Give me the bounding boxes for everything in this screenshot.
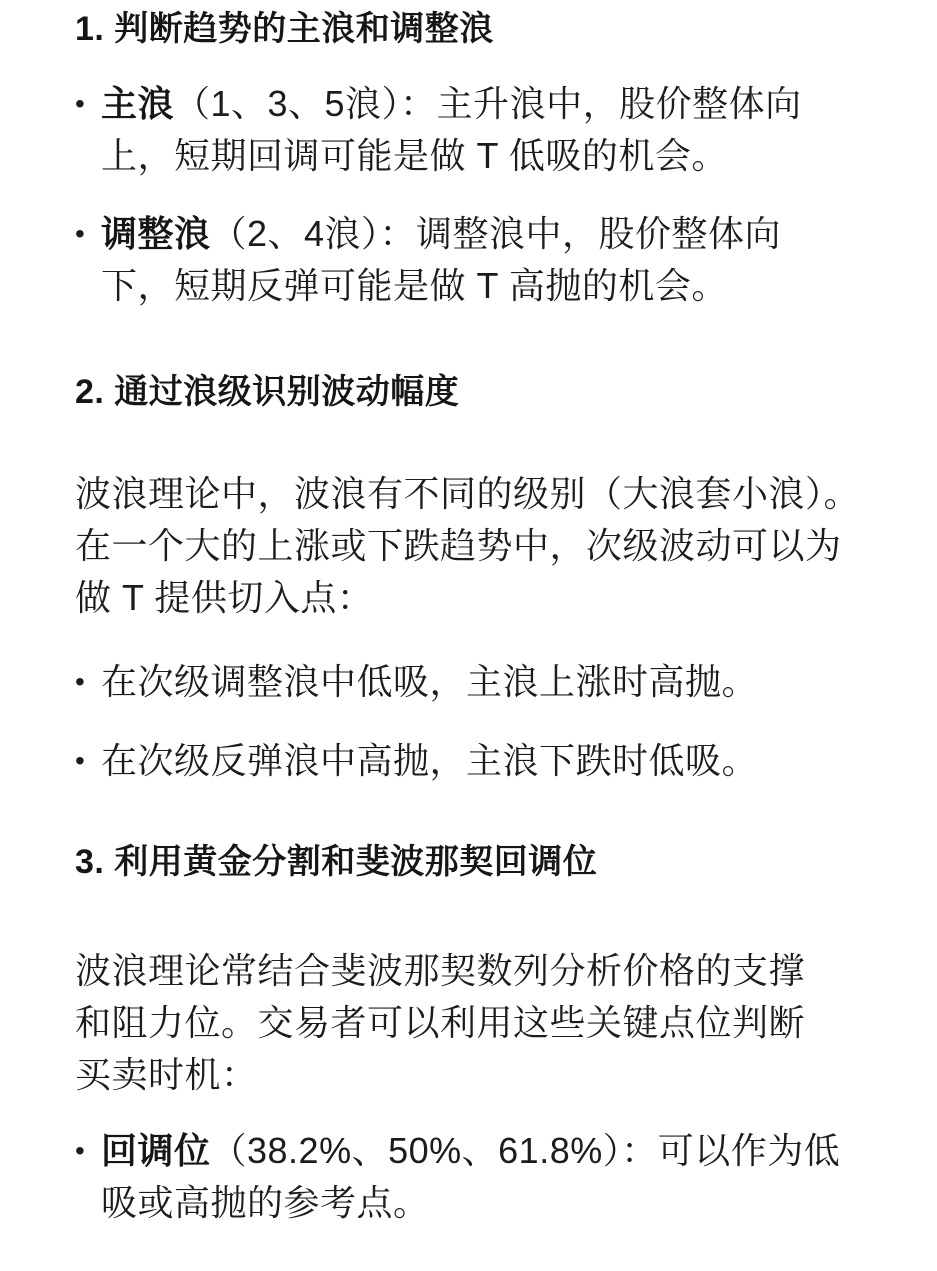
- term-main-wave: 主浪: [101, 83, 174, 124]
- section-2-paragraph: 波浪理论中，波浪有不同的级别（大浪套小浪）。 在一个大的上涨或下跌趋势中，次级波…: [75, 468, 882, 624]
- list-item-buy-low: • 在次级调整浪中低吸，主浪上涨时高抛。: [75, 656, 882, 708]
- list-item-sell-high: • 在次级反弹浪中高抛，主浪下跌时低吸。: [75, 735, 882, 787]
- list-item-text: （1、3、5浪）：主升浪中，股价整体向: [174, 83, 802, 124]
- list-item-text: （2、4浪）：调整浪中，股价整体向: [211, 213, 782, 254]
- list-item-text: 在次级调整浪中低吸，主浪上涨时高抛。: [101, 656, 882, 708]
- list-item-text: 吸或高抛的参考点。: [101, 1177, 882, 1229]
- section-3-heading: 3. 利用黄金分割和斐波那契回调位: [75, 842, 882, 882]
- list-item-text: （38.2%、50%、61.8%）：可以作为低: [211, 1130, 841, 1171]
- list-item-retracement: • 回调位（38.2%、50%、61.8%）：可以作为低 吸或高抛的参考点。: [75, 1125, 882, 1229]
- list-item-text: 在次级反弹浪中高抛，主浪下跌时低吸。: [101, 735, 882, 787]
- bullet-icon: •: [75, 1125, 101, 1177]
- section-2-heading: 2. 通过浪级识别波动幅度: [75, 372, 882, 412]
- list-item-line: 调整浪（2、4浪）：调整浪中，股价整体向: [101, 208, 882, 260]
- list-item-correction-wave: • 调整浪（2、4浪）：调整浪中，股价整体向 下，短期反弹可能是做 T 高抛的机…: [75, 208, 882, 312]
- bullet-icon: •: [75, 78, 101, 130]
- paragraph-line: 做 T 提供切入点：: [75, 572, 882, 624]
- paragraph-line: 在一个大的上涨或下跌趋势中，次级波动可以为: [75, 520, 882, 572]
- section-3-paragraph: 波浪理论常结合斐波那契数列分析价格的支撑 和阻力位。交易者可以利用这些关键点位判…: [75, 945, 882, 1101]
- list-item-text: 下，短期反弹可能是做 T 高抛的机会。: [101, 260, 882, 312]
- document-page: 1. 判断趋势的主浪和调整浪 • 主浪（1、3、5浪）：主升浪中，股价整体向 上…: [0, 0, 937, 1271]
- paragraph-line: 波浪理论常结合斐波那契数列分析价格的支撑: [75, 945, 882, 997]
- paragraph-line: 买卖时机：: [75, 1049, 882, 1101]
- list-item-line: 回调位（38.2%、50%、61.8%）：可以作为低: [101, 1125, 882, 1177]
- term-retracement: 回调位: [101, 1130, 211, 1171]
- section-1-heading: 1. 判断趋势的主浪和调整浪: [75, 9, 882, 49]
- list-item-line: 主浪（1、3、5浪）：主升浪中，股价整体向: [101, 78, 882, 130]
- bullet-icon: •: [75, 735, 101, 787]
- list-item-main-wave: • 主浪（1、3、5浪）：主升浪中，股价整体向 上，短期回调可能是做 T 低吸的…: [75, 78, 882, 182]
- paragraph-line: 波浪理论中，波浪有不同的级别（大浪套小浪）。: [75, 468, 882, 520]
- bullet-icon: •: [75, 656, 101, 708]
- paragraph-line: 和阻力位。交易者可以利用这些关键点位判断: [75, 997, 882, 1049]
- term-correction-wave: 调整浪: [101, 213, 211, 254]
- list-item-text: 上，短期回调可能是做 T 低吸的机会。: [101, 130, 882, 182]
- bullet-icon: •: [75, 208, 101, 260]
